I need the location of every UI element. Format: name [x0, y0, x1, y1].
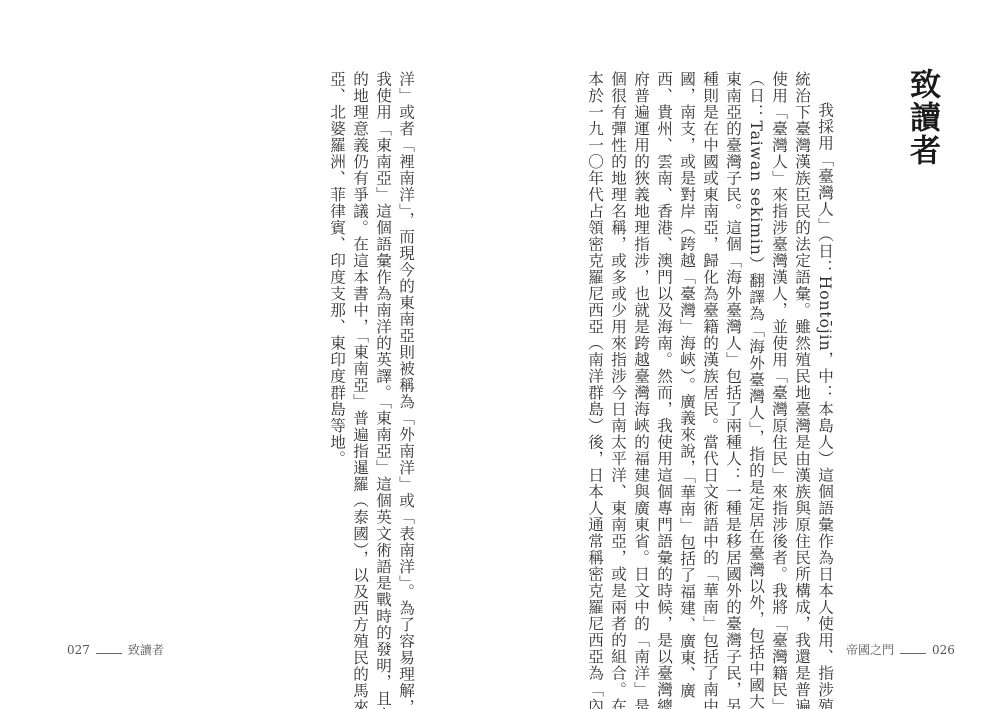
- body-text: 我採用「臺灣人」（日：Hontōjin，中：本島人）這個語彙作為日本人使用、指涉…: [583, 71, 836, 586]
- footer-rule: [900, 653, 926, 654]
- text-column: 國，南支，或是對岸（跨越「臺灣」海峽）。廣義來說，「華南」包括了福建、廣東、廣: [675, 71, 698, 586]
- running-head: 致讀者: [128, 641, 164, 658]
- footer-rule: [96, 653, 122, 654]
- text-column: 東南亞的臺灣子民。這個「海外臺灣人」包括了兩種人：一種是移居國外的臺灣子民，另一: [721, 71, 744, 586]
- running-head: 帝國之門: [846, 641, 894, 658]
- text-column: 種則是在中國或東南亞，歸化為臺籍的漢族居民。當代日文術語中的「華南」包括了南中: [698, 71, 721, 586]
- text-column: 個很有彈性的地理名稱，或多或少用來指涉今日南太平洋、東南亞，或是兩者的組合。在日: [606, 71, 629, 586]
- text-column: 使用「臺灣人」來指涉臺灣漢人，並使用「臺灣原住民」來指涉後者。我將「臺灣籍民」: [767, 71, 790, 586]
- text-column: 的地理意義仍有爭議。在這本書中，「東南亞」普遍指暹羅（泰國），以及西方殖民的馬來: [348, 71, 371, 586]
- text-column: 洋」或者「裡南洋」，而現今的東南亞則被稱為「外南洋」或「表南洋」。為了容易理解，: [394, 71, 417, 586]
- chapter-title: 致讀者: [900, 68, 940, 167]
- text-column: 西、貴州、雲南、香港、澳門以及海南。然而，我使用這個專門語彙的時候，是以臺灣總督: [652, 71, 675, 586]
- text-column: 統治下臺灣漢族臣民的法定語彙。雖然殖民地臺灣是由漢族與原住民所構成，我還是普遍: [790, 71, 813, 586]
- text-column: 府普遍運用的狹義地理指涉，也就是跨越臺灣海峽的福建與廣東省。日文中的「南洋」是一: [629, 71, 652, 586]
- text-column: 本於一九一〇年代占領密克羅尼西亞（南洋群島）後，日本人通常稱密克羅尼西亞為「內南: [583, 71, 606, 586]
- page-number: 026: [932, 643, 955, 657]
- right-page: 致讀者 我採用「臺灣人」（日：Hontōjin，中：本島人）這個語彙作為日本人使…: [500, 0, 1000, 709]
- body-text: 洋」或者「裡南洋」，而現今的東南亞則被稱為「外南洋」或「表南洋」。為了容易理解，…: [325, 71, 417, 586]
- page-number: 027: [67, 643, 90, 657]
- text-column: （日：Taiwan sekimin）翻譯為「海外臺灣人」，指的是定居在臺灣以外，…: [744, 71, 767, 586]
- left-page: 洋」或者「裡南洋」，而現今的東南亞則被稱為「外南洋」或「表南洋」。為了容易理解，…: [0, 0, 500, 709]
- text-column: 亞、北婆羅洲、菲律賓、印度支那、東印度群島等地。: [325, 71, 348, 586]
- text-column: 我使用「東南亞」這個語彙作為南洋的英譯。「東南亞」這個英文術語是戰時的發明，且它: [371, 71, 394, 586]
- page-footer: 帝國之門 026: [846, 641, 955, 658]
- text-column: 我採用「臺灣人」（日：Hontōjin，中：本島人）這個語彙作為日本人使用、指涉…: [813, 71, 836, 586]
- page-footer: 027 致讀者: [67, 641, 164, 658]
